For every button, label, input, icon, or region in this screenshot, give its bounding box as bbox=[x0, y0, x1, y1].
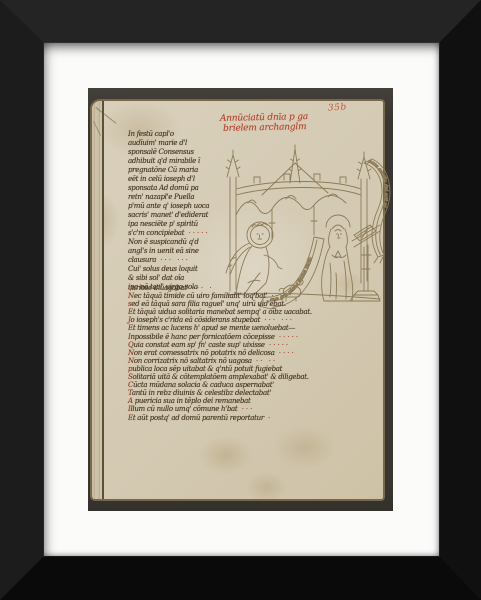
lower-text-block: curiose diuagabat' ··· ·Nec tāquā timide… bbox=[128, 284, 384, 422]
manuscript-photo: 35b Annūciatū dnīa p ga brielem archangl… bbox=[88, 88, 393, 511]
framed-manuscript-print: 35b Annūciatū dnīa p ga brielem archangl… bbox=[0, 0, 481, 600]
manuscript-text-line: Nec tāquā timide cū uiro familialit' loq… bbox=[128, 292, 384, 300]
book-gutter-edge bbox=[92, 101, 104, 499]
manuscript-text-line: publica loca sēp uitabat & q'ntū potuit … bbox=[128, 365, 384, 373]
manuscript-text-line: Non erat comessatrix nō potatrix nō deli… bbox=[128, 349, 384, 357]
manuscript-text-line: Et aūt postq' ad domū parentū reportatur… bbox=[128, 414, 384, 422]
parchment-page: 35b Annūciatū dnīa p ga brielem archangl… bbox=[90, 99, 385, 501]
manuscript-text-line: In festū capl'o bbox=[128, 130, 242, 139]
folio-number: 35b bbox=[328, 102, 347, 113]
manuscript-text-line: Inpossibile ē hanc per fornicatōem cōcep… bbox=[128, 333, 384, 341]
manuscript-text-line: Quia constat eam sp' fn' caste sup' uixi… bbox=[128, 341, 384, 349]
manuscript-text-line: Illum cū nullo umq' cōmune h'bat ··· bbox=[128, 405, 384, 413]
manuscript-text-line: Solitariā uitā & cōtemplatōem amplexabat… bbox=[128, 373, 384, 381]
mat-board: 35b Annūciatū dnīa p ga brielem archangl… bbox=[44, 43, 439, 556]
manuscript-text-line: curiose diuagabat' ··· · bbox=[128, 284, 384, 292]
manuscript-text-line: Non corrizatrix nō saltatrix nō uagosa ·… bbox=[128, 357, 384, 365]
manuscript-text-line: Cūcta mūdana solacia & caduca aspernabat… bbox=[128, 381, 384, 389]
manuscript-text-line: Et timens ac lucens h' apud se mente uen… bbox=[128, 324, 384, 332]
